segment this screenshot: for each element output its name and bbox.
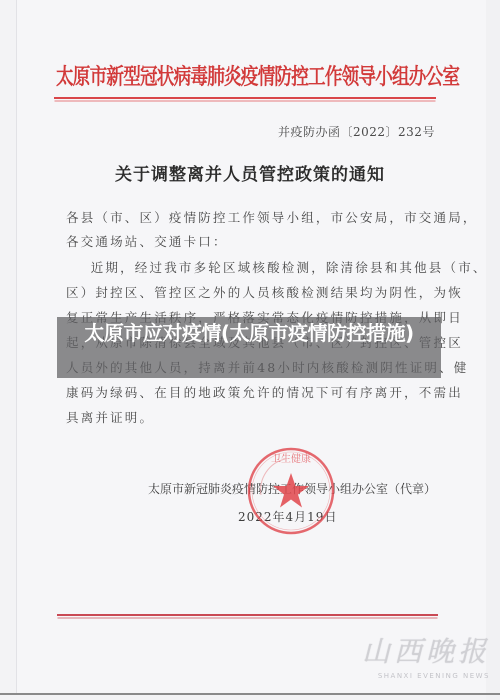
page-edge (486, 0, 500, 700)
footer-red-rule (57, 614, 438, 616)
issuing-org-header: 太原市新型冠状病毒肺炎疫情防控工作领导小组办公室 (56, 60, 362, 91)
headline-overlay-text: 太原市应对疫情(太原市疫情防控措施) (66, 320, 432, 346)
bottom-divider (0, 693, 500, 695)
body-line: 近期，经过我市多轮区域核酸检测，除清徐县和其他县（市、 (66, 256, 434, 281)
watermark-name-en: SHANXI EVENING NEWS (345, 672, 490, 680)
newspaper-watermark: 山西晚报 SHANXI EVENING NEWS (345, 636, 490, 680)
document-title: 关于调整离并人员管控政策的通知 (0, 160, 500, 185)
body-line: 具离并证明。 (66, 406, 434, 431)
header-red-rule (54, 97, 436, 99)
svg-text:卫生健康: 卫生健康 (271, 452, 311, 465)
addressee-line: 各交通场站、交通卡口： (66, 230, 434, 255)
body-line: 区）封控区、管控区之外的人员核酸检测结果均为阴性，为恢 (66, 281, 434, 306)
body-line: 康码为绿码、在目的地政策允许的情况下可有序离开，不需出 (66, 381, 434, 406)
official-seal-icon: 卫生健康 (245, 445, 337, 537)
document-number: 并疫防办函〔2022〕232号 (278, 123, 435, 140)
addressee-line: 各县（市、区）疫情防控工作领导小组，市公安局，市交通局， (66, 206, 434, 231)
watermark-name-cn: 山西晚报 (345, 636, 490, 668)
